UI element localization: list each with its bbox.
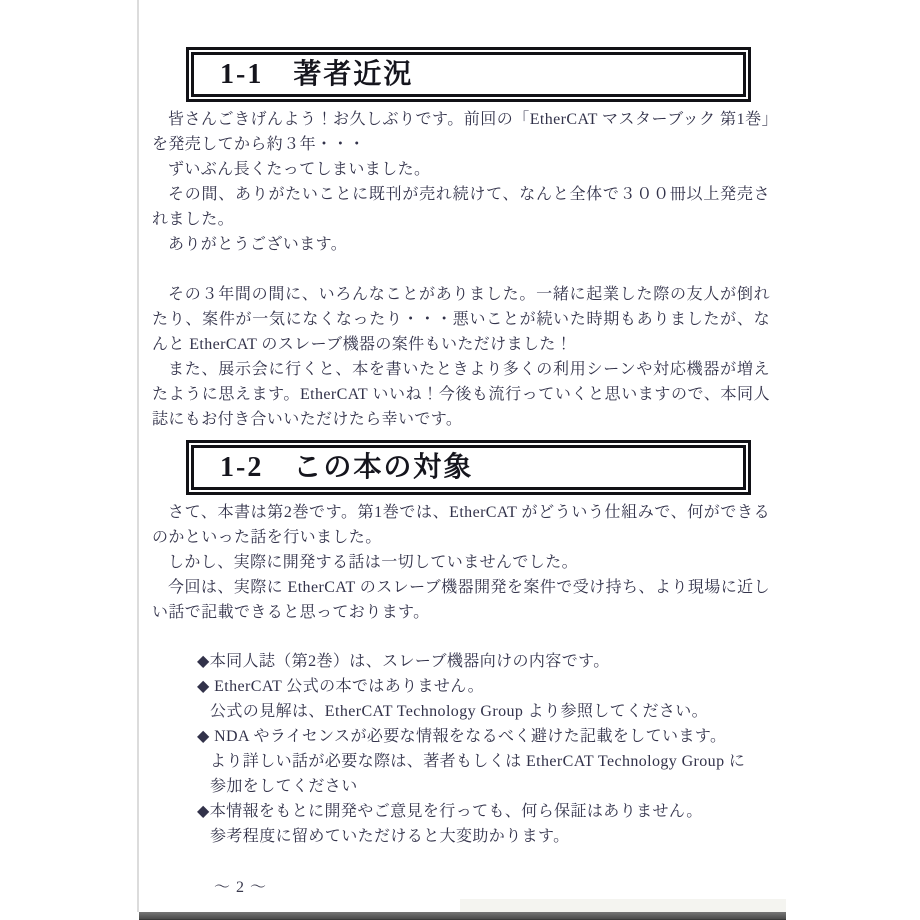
section-bullets: ◆本同人誌（第2巻）は、スレーブ機器向けの内容です。◆ EtherCAT 公式の… [152, 649, 770, 849]
paragraph: また、展示会に行くと、本を書いたときより多くの利用シーンや対応機器が増えたように… [152, 357, 770, 432]
paragraph: しかし、実際に開発する話は一切していませんでした。 [152, 550, 770, 575]
section-heading: 1-2 この本の対象 [220, 452, 473, 483]
bullet-line: ◆ NDA やライセンスが必要な情報をなるべく避けた記載をしています。 [197, 724, 770, 749]
section-paragraphs: 皆さんごきげんよう！お久しぶりです。前回の「EtherCAT マスターブック 第… [152, 107, 770, 432]
paragraph: さて、本書は第2巻です。第1巻では、EtherCAT がどういう仕組みで、何がで… [152, 500, 770, 550]
page-content: 1-1 著者近況 皆さんごきげんよう！お久しぶりです。前回の「EtherCAT … [152, 0, 770, 900]
section-1-1-author-status: 1-1 著者近況 皆さんごきげんよう！お久しぶりです。前回の「EtherCAT … [152, 47, 770, 432]
document-page: 1-1 著者近況 皆さんごきげんよう！お久しぶりです。前回の「EtherCAT … [0, 0, 920, 920]
paragraph: 今回は、実際に EtherCAT のスレーブ機器開発を案件で受け持ち、より現場に… [152, 575, 770, 625]
section-paragraphs: さて、本書は第2巻です。第1巻では、EtherCAT がどういう仕組みで、何がで… [152, 500, 770, 625]
paragraph: その間、ありがたいことに既刊が売れ続けて、なんと全体で３００冊以上発売されました… [152, 182, 770, 232]
page-gap-bar [139, 912, 786, 920]
section-heading-box-inner: 1-2 この本の対象 [191, 445, 746, 490]
bullet-item: ◆ EtherCAT 公式の本ではありません。公式の見解は、EtherCAT T… [152, 674, 770, 724]
bullet-continuation-line: 参加をしてください [210, 774, 770, 799]
section-heading: 1-1 著者近況 [220, 59, 413, 90]
next-page-ghost [460, 899, 786, 912]
bullet-item: ◆ NDA やライセンスが必要な情報をなるべく避けた記載をしています。より詳しい… [152, 724, 770, 799]
page-left-edge-line [137, 0, 139, 912]
paragraph: ずいぶん長くたってしまいました。 [152, 157, 770, 182]
paragraph: ありがとうございます。 [152, 232, 770, 257]
section-heading-box: 1-1 著者近況 [186, 47, 751, 102]
bullet-line: ◆ EtherCAT 公式の本ではありません。 [197, 674, 770, 699]
paragraph: その３年間の間に、いろんなことがありました。一緒に起業した際の友人が倒れたり、案… [152, 282, 770, 357]
bullet-item: ◆本情報をもとに開発やご意見を行っても、何ら保証はありません。参考程度に留めてい… [152, 799, 770, 849]
bullet-continuation-line: 公式の見解は、EtherCAT Technology Group より参照してく… [210, 699, 770, 724]
paragraph: 皆さんごきげんよう！お久しぶりです。前回の「EtherCAT マスターブック 第… [152, 107, 770, 157]
section-heading-box-inner: 1-1 著者近況 [191, 52, 746, 97]
bullet-continuation-line: 参考程度に留めていただけると大変助かります。 [210, 824, 770, 849]
bullet-continuation-line: より詳しい話が必要な際は、著者もしくは EtherCAT Technology … [210, 749, 770, 774]
bullet-item: ◆本同人誌（第2巻）は、スレーブ機器向けの内容です。 [152, 649, 770, 674]
bullet-line: ◆本情報をもとに開発やご意見を行っても、何ら保証はありません。 [197, 799, 770, 824]
section-heading-box: 1-2 この本の対象 [186, 440, 751, 495]
page-number: 〜 2 〜 [214, 875, 770, 900]
bullet-line: ◆本同人誌（第2巻）は、スレーブ機器向けの内容です。 [197, 649, 770, 674]
section-1-2-book-target: 1-2 この本の対象 さて、本書は第2巻です。第1巻では、EtherCAT がど… [152, 440, 770, 849]
